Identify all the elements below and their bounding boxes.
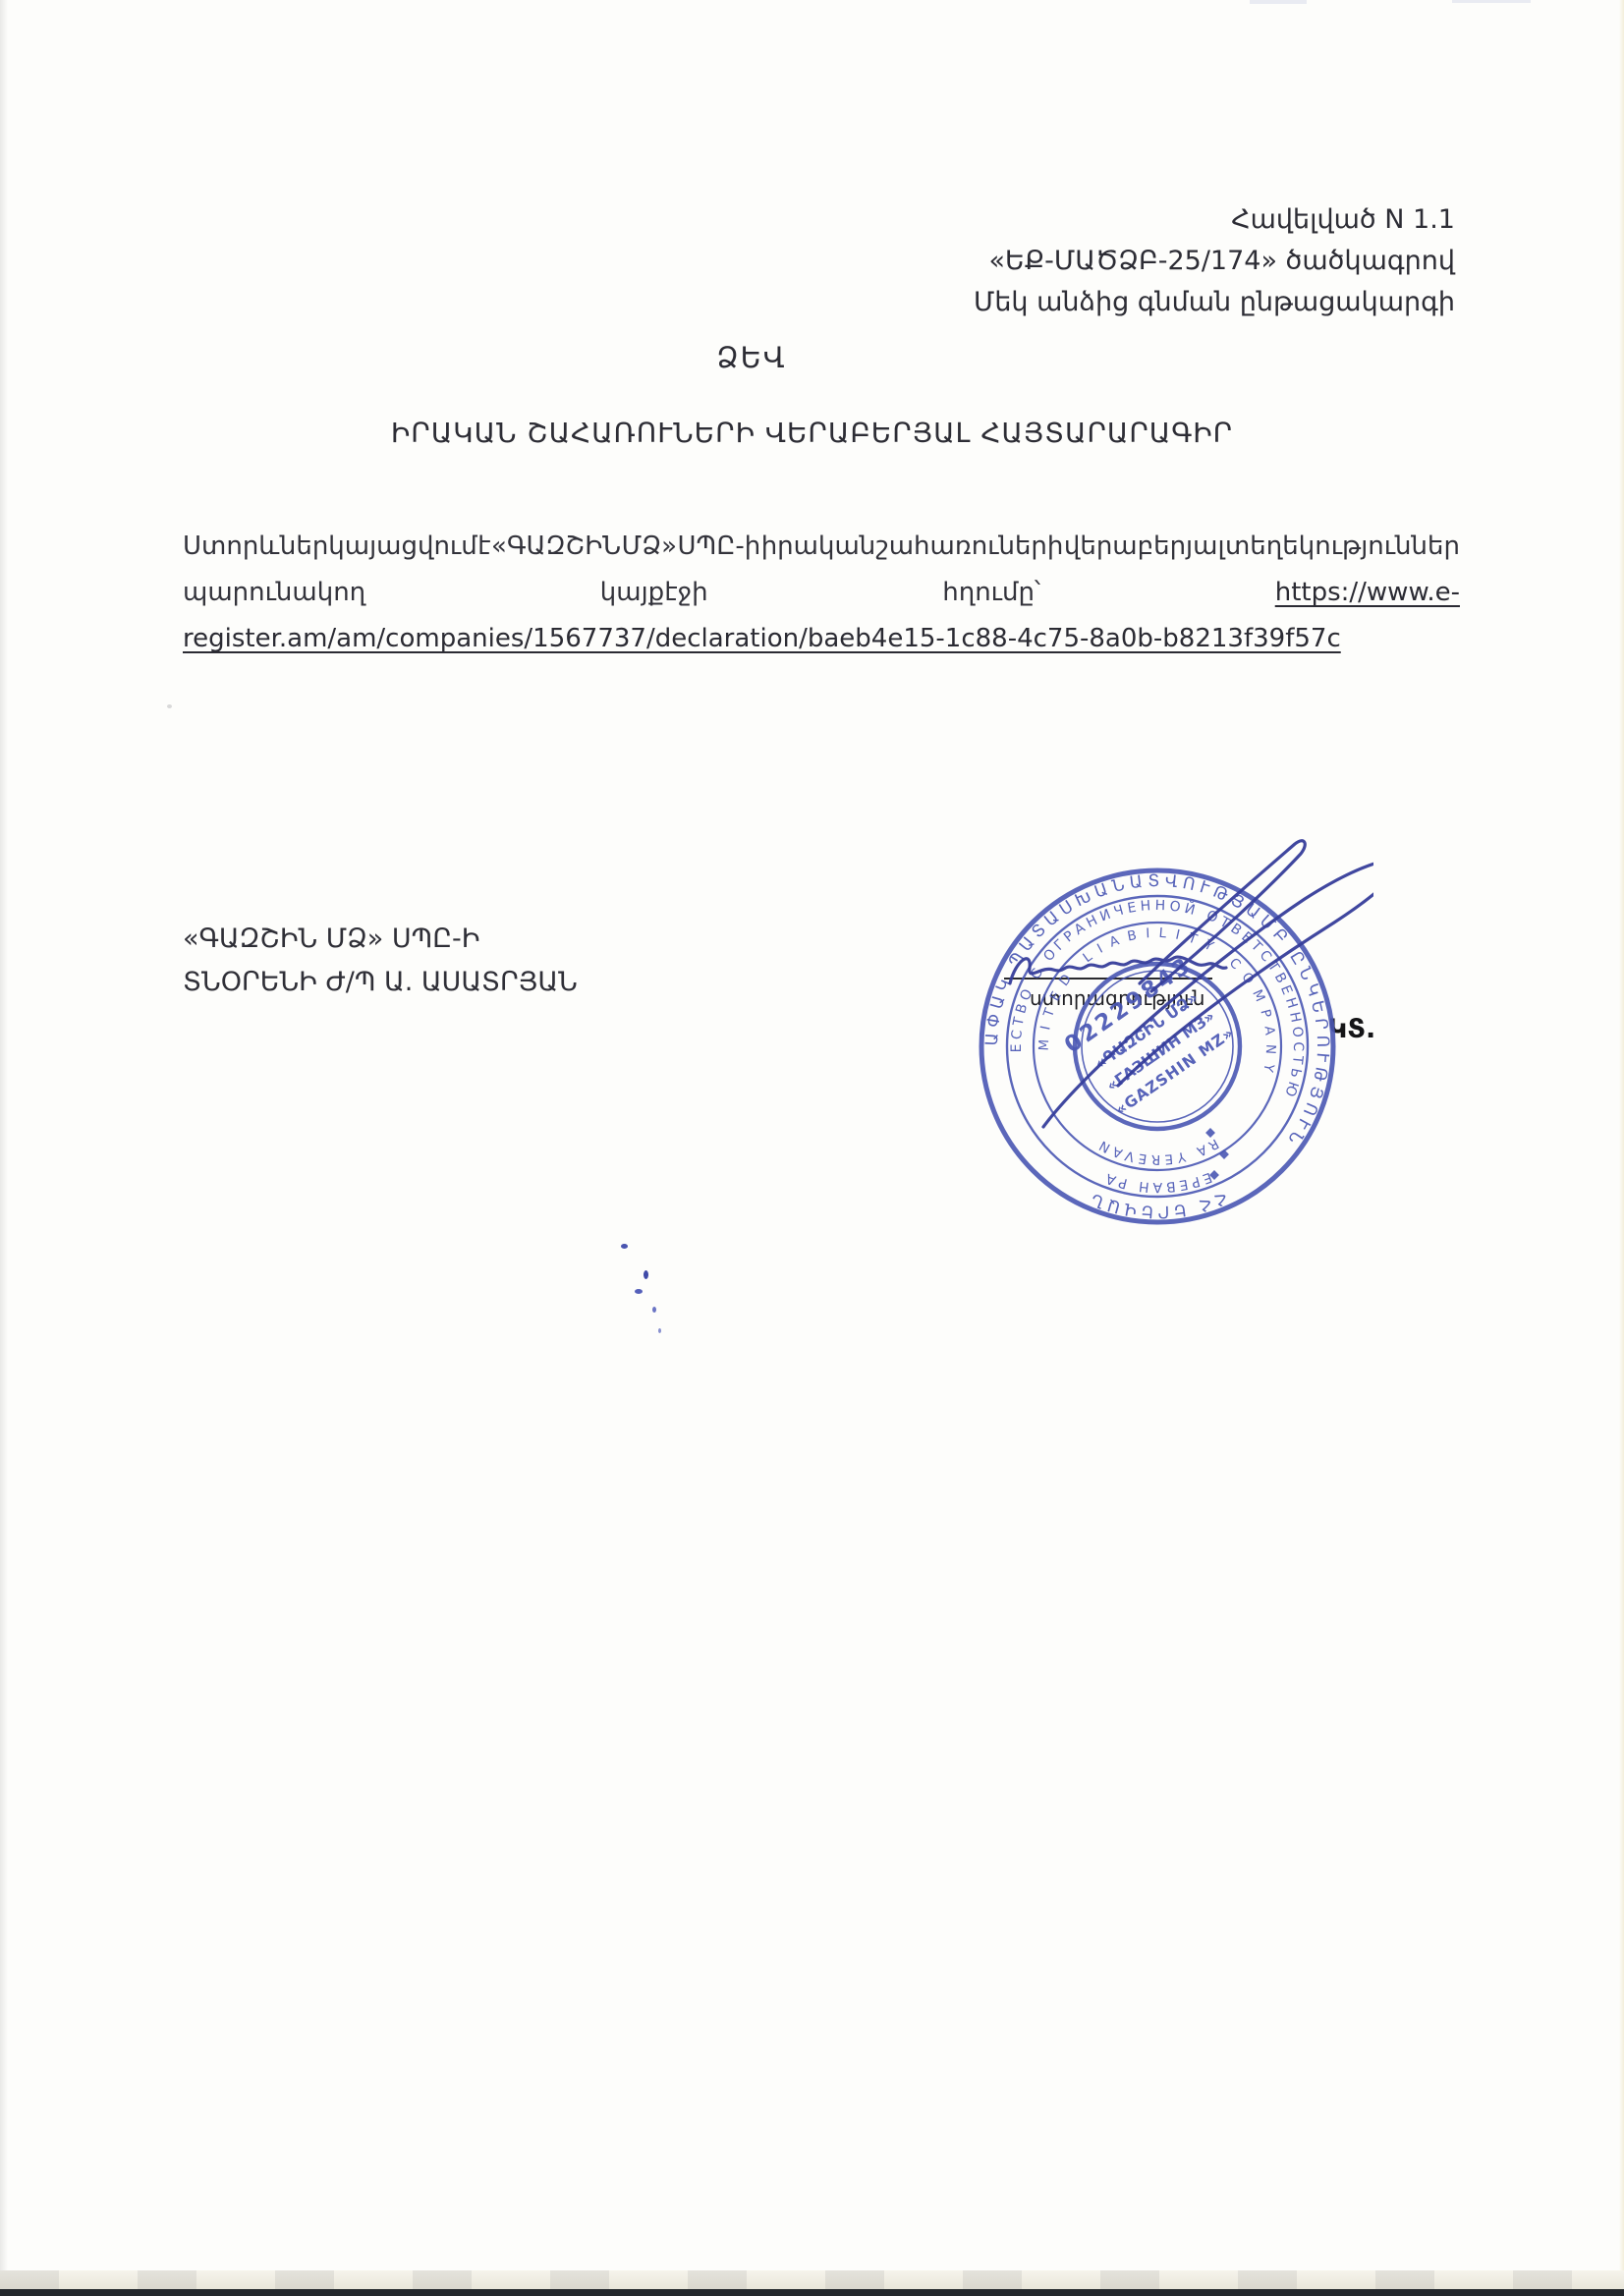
word: շահառուների — [876, 532, 1064, 561]
paragraph-line-1: Ստորև ներկայացվում է «ԳԱԶՇԻՆ ՄՁ» ՍՊԸ-ի ի… — [183, 532, 1460, 578]
ink-speck — [644, 1270, 648, 1279]
right-scan-shadow — [1619, 0, 1624, 2296]
company-name-line: «ԳԱԶՇԻՆ ՄՁ» ՍՊԸ-Ի — [183, 918, 578, 961]
scanned-document-page: Հավելված N 1.1 «ԵՔ-ՄԱԾՁԲ-25/174» ծածկագր… — [0, 0, 1624, 2296]
scan-smudge — [1452, 0, 1531, 3]
declaration-url-part-1[interactable]: https://www.e- — [1275, 578, 1460, 607]
scan-speck — [167, 704, 172, 708]
word: Ստորև — [183, 532, 279, 561]
word: իրական — [761, 532, 876, 561]
director-name-line: ՏՆՕՐԵՆԻ Ժ/Պ Ա. ԱՍԱՏՐՅԱՆ — [183, 961, 578, 1004]
word: տեղեկություններ — [1225, 532, 1460, 561]
scan-bottom-edge — [0, 2289, 1624, 2296]
word: կայքէջի — [600, 578, 708, 607]
ink-speck — [635, 1289, 643, 1294]
signatory-block: «ԳԱԶՇԻՆ ՄՁ» ՍՊԸ-Ի ՏՆՕՐԵՆԻ Ժ/Պ Ա. ԱՍԱՏՐՅԱ… — [183, 918, 578, 1004]
word: ՍՊԸ-ի — [677, 532, 760, 561]
word: ՄՁ» — [622, 532, 677, 561]
word: «ԳԱԶՇԻՆ — [491, 532, 621, 561]
document-title: ԻՐԱԿԱՆ ՇԱՀԱՌՈՒՆԵՐԻ ՎԵՐԱԲԵՐՅԱԼ ՀԱՅՏԱՐԱՐԱԳ… — [0, 417, 1624, 449]
paragraph-line-2: պարունակող կայքէջի հղումը՝ https://www.e… — [183, 578, 1460, 624]
annex-reference-block: Հավելված N 1.1 «ԵՔ-ՄԱԾՁԲ-25/174» ծածկագր… — [974, 199, 1455, 323]
annex-number-line: Հավելված N 1.1 — [974, 199, 1455, 241]
word: պարունակող — [183, 578, 365, 607]
procedure-type-line: Մեկ անձից գնման ընթացակարգի — [974, 282, 1455, 323]
paragraph-line-3: register.am/am/companies/1567737/declara… — [183, 624, 1460, 670]
word: է — [477, 532, 490, 561]
ink-speck — [652, 1307, 656, 1313]
procurement-code-line: «ԵՔ-ՄԱԾՁԲ-25/174» ծածկագրով — [974, 241, 1455, 282]
scan-bottom-band — [0, 2270, 1624, 2289]
word: ներկայացվում — [280, 532, 477, 561]
ink-speck — [621, 1244, 628, 1249]
word: վերաբերյալ — [1064, 532, 1225, 561]
form-label: ՁԵՎ — [0, 341, 1503, 374]
ink-speck — [658, 1328, 661, 1333]
declaration-url-part-2[interactable]: register.am/am/companies/1567737/declara… — [183, 624, 1341, 653]
word: հղումը՝ — [942, 578, 1040, 607]
company-round-stamp: ՍԱՀՄԱՆԱՓԱԿ ՊԱՏԱՍԽԱՆԱՏՎՈՒԹՅԱՄԲ ԸՆԿԵՐՈՒԹՅՈ… — [941, 830, 1373, 1262]
body-paragraph: Ստորև ներկայացվում է «ԳԱԶՇԻՆ ՄՁ» ՍՊԸ-ի ի… — [183, 532, 1460, 670]
scan-smudge — [1250, 0, 1307, 4]
